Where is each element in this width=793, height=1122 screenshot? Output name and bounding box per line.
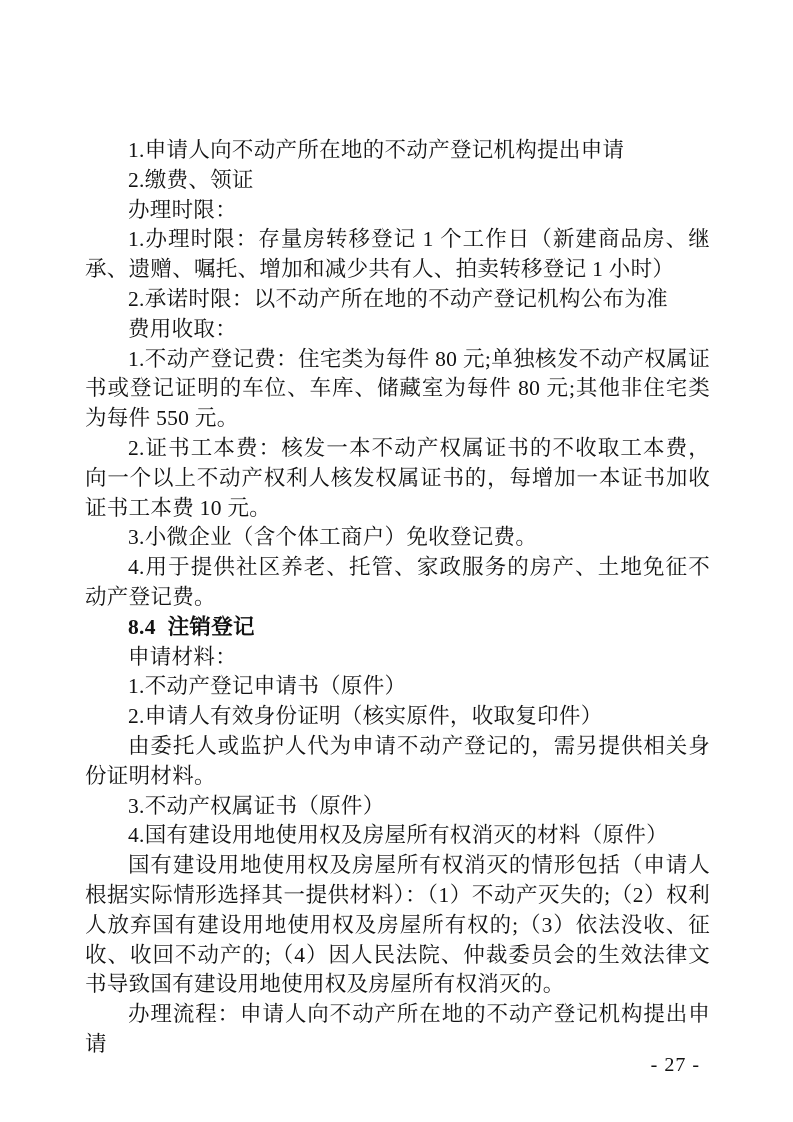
section-heading-number: 8.4 xyxy=(128,615,156,639)
paragraph: 4.国有建设用地使用权及房屋所有权消灭的材料（原件） xyxy=(85,821,710,851)
paragraph: 2.证书工本费：核发一本不动产权属证书的不收取工本费，向一个以上不动产权利人核发… xyxy=(85,434,710,523)
section-heading: 8.4注销登记 xyxy=(85,613,710,643)
paragraph: 1.申请人向不动产所在地的不动产登记机构提出申请 xyxy=(85,136,710,166)
paragraph: 国有建设用地使用权及房屋所有权消灭的情形包括（申请人根据实际情形选择其一提供材料… xyxy=(85,851,710,1000)
paragraph: 4.用于提供社区养老、托管、家政服务的房产、土地免征不动产登记费。 xyxy=(85,553,710,613)
paragraph: 办理流程：申请人向不动产所在地的不动产登记机构提出申请 xyxy=(85,1000,710,1060)
document-page: 1.申请人向不动产所在地的不动产登记机构提出申请 2.缴费、领证 办理时限： 1… xyxy=(0,0,793,1122)
paragraph: 办理时限： xyxy=(85,196,710,226)
paragraph: 2.承诺时限：以不动产所在地的不动产登记机构公布为准 xyxy=(85,285,710,315)
section-heading-title: 注销登记 xyxy=(168,615,255,639)
paragraph: 1.办理时限：存量房转移登记 1 个工作日（新建商品房、继承、遗赠、嘱托、增加和… xyxy=(85,225,710,285)
paragraph: 3.小微企业（含个体工商户）免收登记费。 xyxy=(85,523,710,553)
paragraph: 费用收取： xyxy=(85,315,710,345)
paragraph: 1.不动产登记申请书（原件） xyxy=(85,672,710,702)
paragraph: 2.缴费、领证 xyxy=(85,166,710,196)
paragraph: 2.申请人有效身份证明（核实原件，收取复印件） xyxy=(85,702,710,732)
paragraph: 由委托人或监护人代为申请不动产登记的，需另提供相关身份证明材料。 xyxy=(85,732,710,792)
page-number: - 27 - xyxy=(651,1052,700,1078)
paragraph: 申请材料： xyxy=(85,643,710,673)
paragraph: 1.不动产登记费：住宅类为每件 80 元;单独核发不动产权属证书或登记证明的车位… xyxy=(85,345,710,434)
text-content: 1.申请人向不动产所在地的不动产登记机构提出申请 2.缴费、领证 办理时限： 1… xyxy=(85,136,710,1060)
paragraph: 3.不动产权属证书（原件） xyxy=(85,792,710,822)
